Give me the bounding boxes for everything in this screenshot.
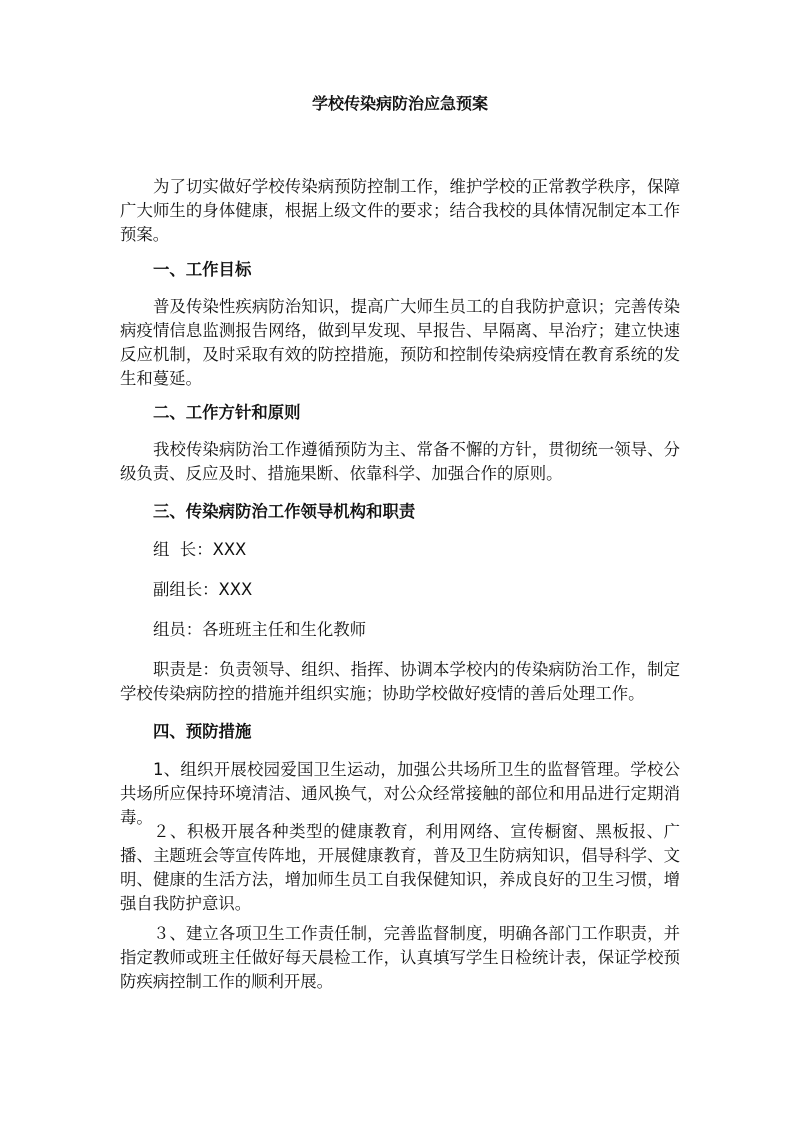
leader-line: 组 长：XXX: [120, 538, 680, 562]
section-heading-prevention: 四、预防措施: [120, 720, 713, 744]
duties-paragraph: 职责是：负责领导、组织、指挥、协调本学校内的传染病防治工作，制定学校传染病防控的…: [120, 658, 680, 706]
deputy-leader-line: 副组长：XXX: [120, 578, 680, 602]
document-title: 学校传染病防治应急预案: [120, 94, 680, 114]
members-line: 组员：各班班主任和生化教师: [120, 618, 680, 642]
principles-paragraph: 我校传染病防治工作遵循预防为主、常备不懈的方针，贯彻统一领导、分级负责、反应及时…: [120, 438, 680, 486]
goals-paragraph: 普及传染性疾病防治知识，提高广大师生员工的自我防护意识；完善传染病疫情信息监测报…: [120, 295, 680, 391]
section-heading-goals: 一、工作目标: [120, 258, 713, 282]
prevention-item-2: ２、积极开展各种类型的健康教育，利用网络、宣传橱窗、黑板报、广播、主题班会等宣传…: [120, 820, 680, 916]
section-heading-principles: 二、工作方针和原则: [120, 401, 713, 425]
intro-paragraph: 为了切实做好学校传染病预防控制工作，维护学校的正常教学秩序，保障广大师生的身体健…: [120, 175, 680, 247]
leader-text: 组 长：XXX: [153, 540, 246, 559]
section-heading-leadership: 三、传染病防治工作领导机构和职责: [120, 500, 713, 524]
prevention-item-3: ３、建立各项卫生工作责任制，完善监督制度，明确各部门工作职责，并指定教师或班主任…: [120, 922, 680, 994]
